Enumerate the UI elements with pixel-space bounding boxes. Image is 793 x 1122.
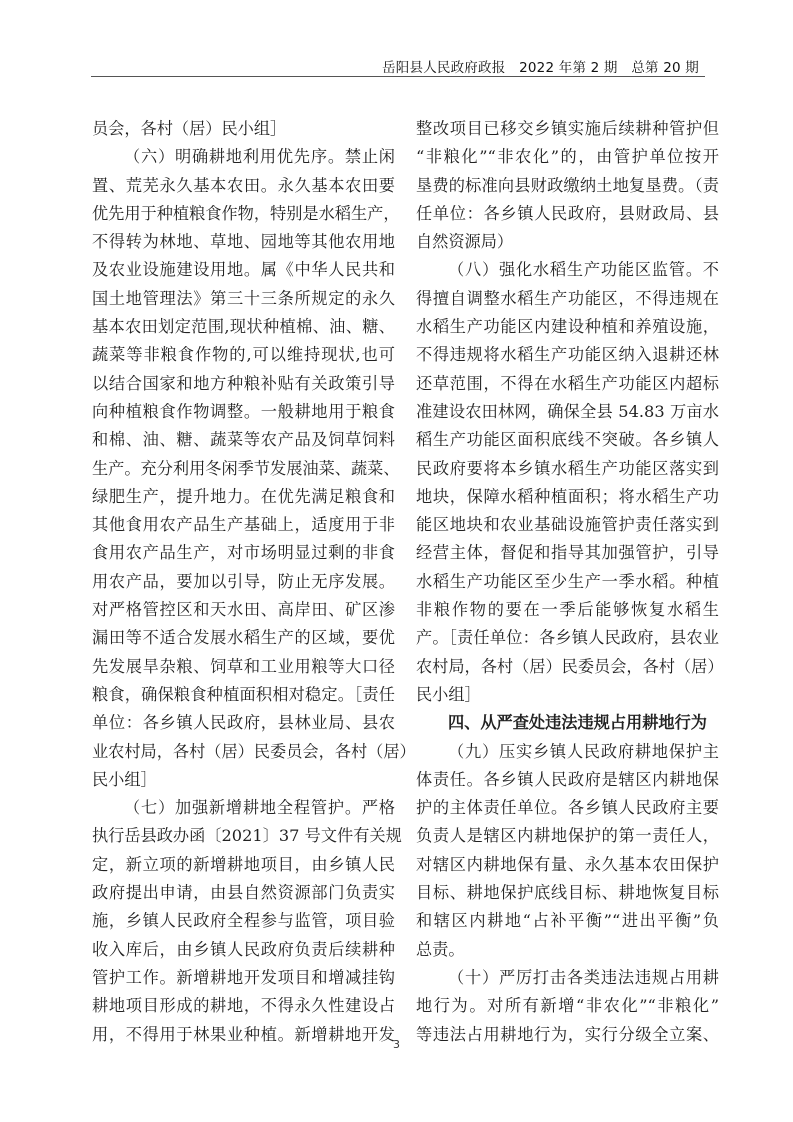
section-heading-4: 四、从严查处违法违规占用耕地行为 xyxy=(416,709,719,737)
text-line: 用农产品，要加以引导，防止无序发展。 xyxy=(92,568,395,596)
text-line: 民政府要将本乡镇水稻生产功能区落实到 xyxy=(416,455,719,483)
text-line: 管护工作。新增耕地开发项目和增减挂钩 xyxy=(92,964,395,992)
text-line: 对严格管控区和天水田、高岸田、矿区渗 xyxy=(92,596,395,624)
section-8-start: （八）强化水稻生产功能区监管。不 xyxy=(416,256,719,284)
text-line: 粮食，确保粮食种植面积相对稳定。［责任 xyxy=(92,681,395,709)
text-line: 先发展旱杂粮、饲草和工业用粮等大口径 xyxy=(92,653,395,681)
text-line: 其他食用农产品生产基础上，适度用于非 xyxy=(92,511,395,539)
text-line: 食用农产品生产，对市场明显过剩的非食 xyxy=(92,539,395,567)
text-line: 负责人是辖区内耕地保护的第一责任人， xyxy=(416,822,719,850)
text-line: 及农业设施建设用地。属《中华人民共和 xyxy=(92,256,395,284)
text-line: 垦费的标准向县财政缴纳土地复垦费。（责 xyxy=(416,172,719,200)
right-column: 整改项目已移交乡镇实施后续耕种管护但 “非粮化”“非农化”的，由管护单位按开 垦… xyxy=(416,115,719,1049)
left-column: 员会，各村（居）民小组］ （六）明确耕地利用优先序。禁止闲 置、荒芜永久基本农田… xyxy=(92,115,395,1049)
text-line: 任单位：各乡镇人民政府，县财政局、县 xyxy=(416,200,719,228)
text-line: 以结合国家和地方种粮补贴有关政策引导 xyxy=(92,370,395,398)
text-line: 政府提出申请，由县自然资源部门负责实 xyxy=(92,879,395,907)
text-line: 还草范围，不得在水稻生产功能区内超标 xyxy=(416,370,719,398)
text-line: 生产。充分利用冬闲季节发展油菜、蔬菜、 xyxy=(92,455,395,483)
text-line: 漏田等不适合发展水稻生产的区域，要优 xyxy=(92,624,395,652)
text-line: 准建设农田林网，确保全县 54.83 万亩水 xyxy=(416,398,719,426)
text-line: 收入库后，由乡镇人民政府负责后续耕种 xyxy=(92,936,395,964)
text-line: 不得转为林地、草地、园地等其他农用地 xyxy=(92,228,395,256)
section-6-start: （六）明确耕地利用优先序。禁止闲 xyxy=(92,143,395,171)
text-line: 优先用于种植粮食作物，特别是水稻生产， xyxy=(92,200,395,228)
text-line: 执行岳县政办函〔2021〕37 号文件有关规 xyxy=(92,822,395,850)
text-line: 得擅自调整水稻生产功能区，不得违规在 xyxy=(416,285,719,313)
text-line: 水稻生产功能区内建设种植和养殖设施， xyxy=(416,313,719,341)
page-number: 3 xyxy=(0,1038,793,1051)
text-line: 民小组］ xyxy=(416,681,719,709)
text-line: 业农村局，各村（居）民委员会，各村（居） xyxy=(92,738,395,766)
text-line: 民小组］ xyxy=(92,766,395,794)
text-line: 蔬菜等非粮食作物的,可以维持现状,也可 xyxy=(92,341,395,369)
section-9-start: （九）压实乡镇人民政府耕地保护主 xyxy=(416,738,719,766)
text-line: 地行为。对所有新增“非农化”“非粮化” xyxy=(416,992,719,1020)
section-7-start: （七）加强新增耕地全程管护。严格 xyxy=(92,794,395,822)
text-line: 国土地管理法》第三十三条所规定的永久 xyxy=(92,285,395,313)
text-line: 对辖区内耕地保有量、永久基本农田保护 xyxy=(416,851,719,879)
text-line: 单位：各乡镇人民政府，县林业局、县农 xyxy=(92,709,395,737)
running-header: 岳阳县人民政府政报 2022 年第 2 期 总第 20 期 xyxy=(91,56,705,77)
text-line: 目标、耕地保护底线目标、耕地恢复目标 xyxy=(416,879,719,907)
text-line: 稻生产功能区面积底线不突破。各乡镇人 xyxy=(416,426,719,454)
text-line: 水稻生产功能区至少生产一季水稻。种植 xyxy=(416,568,719,596)
text-line: 地块，保障水稻种植面积；将水稻生产功 xyxy=(416,483,719,511)
text-line: 总责。 xyxy=(416,936,719,964)
text-line: 能区地块和农业基础设施管护责任落实到 xyxy=(416,511,719,539)
text-line: 非粮作物的要在一季后能够恢复水稻生 xyxy=(416,596,719,624)
text-line: 农村局，各村（居）民委员会，各村（居） xyxy=(416,653,719,681)
text-line: 绿肥生产，提升地力。在优先满足粮食和 xyxy=(92,483,395,511)
text-line: 自然资源局） xyxy=(416,228,719,256)
text-line: 不得违规将水稻生产功能区纳入退耕还林 xyxy=(416,341,719,369)
text-line: 耕地项目形成的耕地，不得永久性建设占 xyxy=(92,992,395,1020)
header-title: 岳阳县人民政府政报 2022 年第 2 期 总第 20 期 xyxy=(382,56,699,76)
text-line: 向种植粮食作物调整。一般耕地用于粮食 xyxy=(92,398,395,426)
text-line: 经营主体，督促和指导其加强管护，引导 xyxy=(416,539,719,567)
text-line: 基本农田划定范围,现状种植棉、油、糖、 xyxy=(92,313,395,341)
text-line: 员会，各村（居）民小组］ xyxy=(92,115,395,143)
text-line: 产。［责任单位：各乡镇人民政府，县农业 xyxy=(416,624,719,652)
text-line: 定，新立项的新增耕地项目，由乡镇人民 xyxy=(92,851,395,879)
text-line: 置、荒芜永久基本农田。永久基本农田要 xyxy=(92,172,395,200)
text-line: 和辖区内耕地“占补平衡”“进出平衡”负 xyxy=(416,907,719,935)
text-line: 护的主体责任单位。各乡镇人民政府主要 xyxy=(416,794,719,822)
text-line: 和棉、油、糖、蔬菜等农产品及饲草饲料 xyxy=(92,426,395,454)
text-line: “非粮化”“非农化”的，由管护单位按开 xyxy=(416,143,719,171)
text-line: 整改项目已移交乡镇实施后续耕种管护但 xyxy=(416,115,719,143)
section-10-start: （十）严厉打击各类违法违规占用耕 xyxy=(416,964,719,992)
text-line: 施，乡镇人民政府全程参与监管，项目验 xyxy=(92,907,395,935)
text-line: 体责任。各乡镇人民政府是辖区内耕地保 xyxy=(416,766,719,794)
